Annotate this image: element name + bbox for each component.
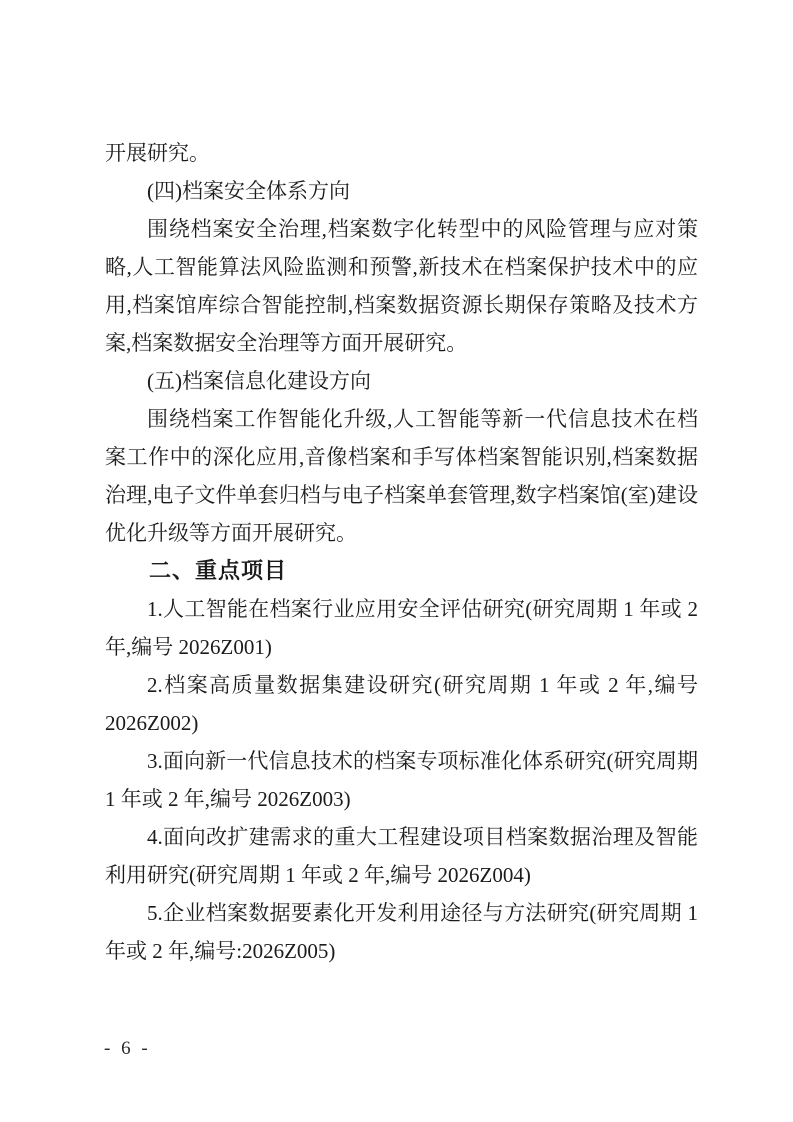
document-body: 开展研究。 (四)档案安全体系方向 围绕档案安全治理,档案数字化转型中的风险管理… xyxy=(105,134,698,970)
body-section-4: 围绕档案安全治理,档案数字化转型中的风险管理与应对策略,人工智能算法风险监测和预… xyxy=(105,210,698,362)
body-section-5: 围绕档案工作智能化升级,人工智能等新一代信息技术在档案工作中的深化应用,音像档案… xyxy=(105,400,698,552)
subheading-section-5: (五)档案信息化建设方向 xyxy=(105,362,698,400)
key-project-item-4: 4.面向改扩建需求的重大工程建设项目档案数据治理及智能利用研究(研究周期 1 年… xyxy=(105,818,698,894)
heading-key-projects: 二、重点项目 xyxy=(105,552,698,590)
subheading-section-4: (四)档案安全体系方向 xyxy=(105,172,698,210)
key-project-item-2: 2.档案高质量数据集建设研究(研究周期 1 年或 2 年,编号 2026Z002… xyxy=(105,666,698,742)
document-page: 开展研究。 (四)档案安全体系方向 围绕档案安全治理,档案数字化转型中的风险管理… xyxy=(0,0,793,1122)
key-project-item-1: 1.人工智能在档案行业应用安全评估研究(研究周期 1 年或 2 年,编号 202… xyxy=(105,590,698,666)
paragraph-continuation: 开展研究。 xyxy=(105,134,698,172)
key-project-item-3: 3.面向新一代信息技术的档案专项标准化体系研究(研究周期 1 年或 2 年,编号… xyxy=(105,742,698,818)
page-number: - 6 - xyxy=(104,1038,151,1060)
key-project-item-5: 5.企业档案数据要素化开发利用途径与方法研究(研究周期 1 年或 2 年,编号:… xyxy=(105,894,698,970)
